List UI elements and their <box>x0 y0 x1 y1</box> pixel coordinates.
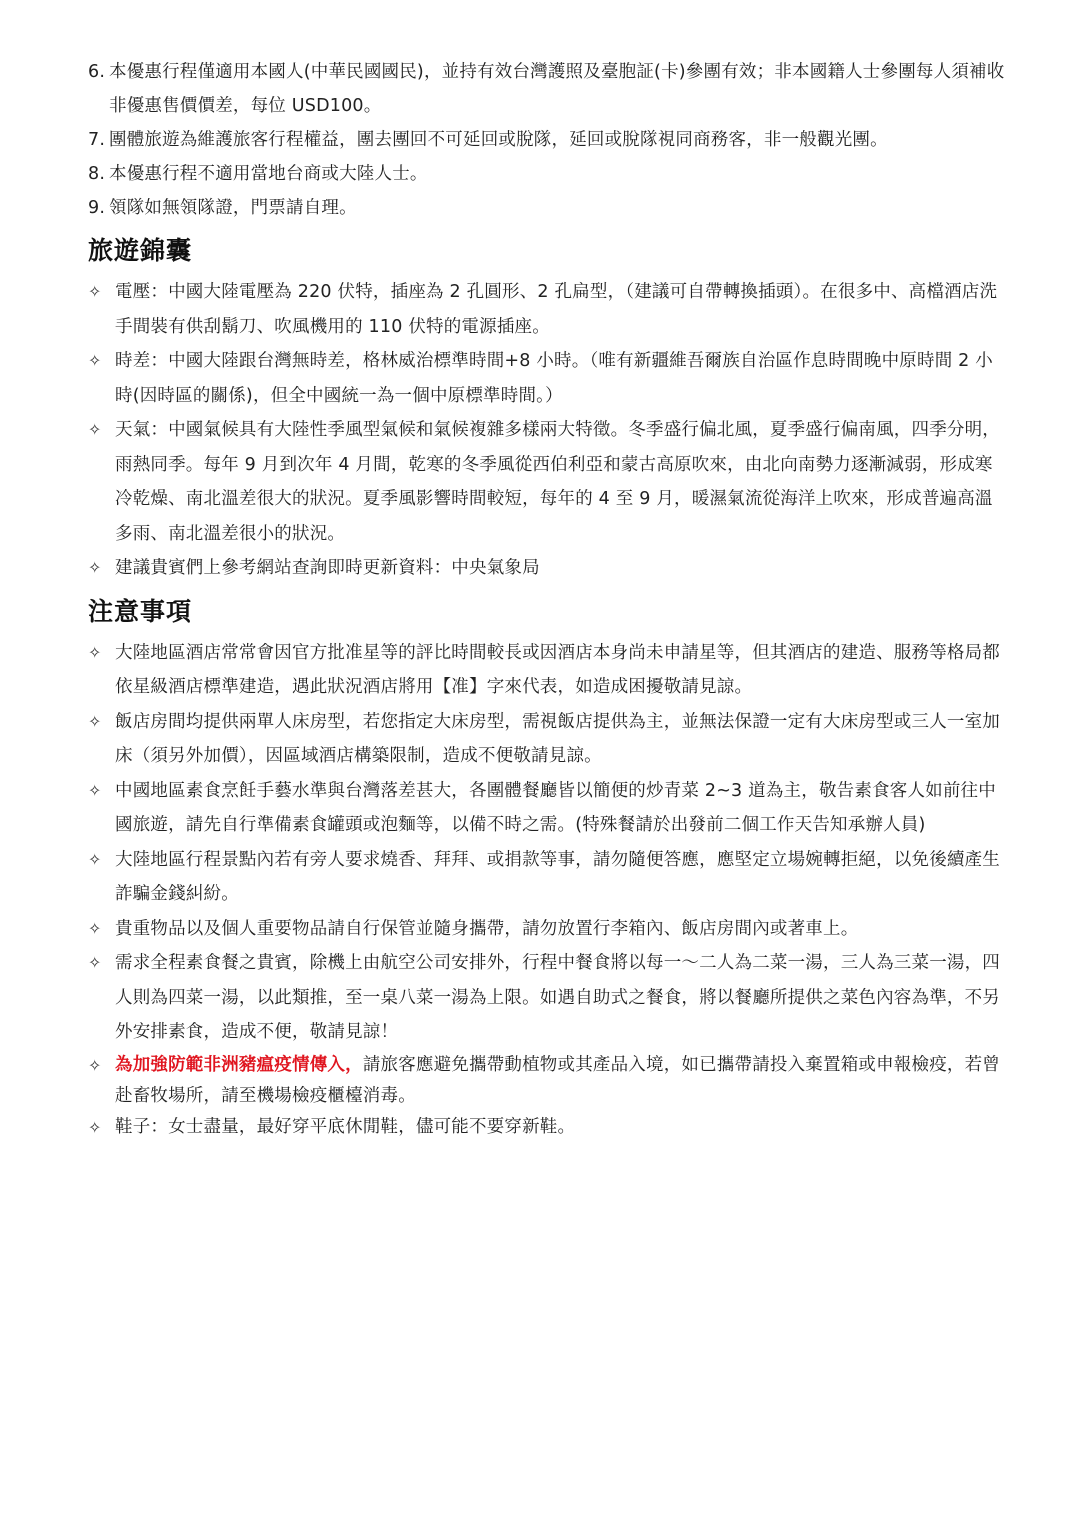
item-text: 需求全程素食餐之貴賓，除機上由航空公司安排外，行程中餐食將以每一～二人為二菜一湯… <box>115 953 1000 1042</box>
list-item: ✧ 中國地區素食烹飪手藝水準與台灣落差甚大，各團體餐廳皆以簡便的炒青菜 2~3 … <box>88 774 1008 843</box>
numbered-item-8: 8. 本優惠行程不適用當地台商或大陸人士。 <box>88 157 1008 191</box>
item-text: 本優惠行程不適用當地台商或大陸人士。 <box>109 164 428 184</box>
highlight-warning-text: 為加強防範非洲豬瘟疫情傳入， <box>115 1055 363 1075</box>
item-text: 建議貴賓們上參考網站查詢即時更新資料：中央氣象局 <box>115 558 540 578</box>
sparkle-bullet-icon: ✧ <box>88 636 102 671</box>
item-text: 本優惠行程僅適用本國人(中華民國國民)，並持有效台灣護照及臺胞証(卡)參團有效；… <box>109 62 1004 116</box>
item-text: 鞋子：女士盡量，最好穿平底休閒鞋，儘可能不要穿新鞋。 <box>115 1117 575 1137</box>
list-item: ✧ 飯店房間均提供兩單人床房型，若您指定大床房型，需視飯店提供為主，並無法保證一… <box>88 705 1008 774</box>
item-text: 團體旅遊為維護旅客行程權益，團去團回不可延回或脫隊，延回或脫隊視同商務客，非一般… <box>109 130 888 150</box>
numbered-item-6: 6. 本優惠行程僅適用本國人(中華民國國民)，並持有效台灣護照及臺胞証(卡)參團… <box>88 55 1008 123</box>
list-item: ✧ 建議貴賓們上參考網站查詢即時更新資料：中央氣象局 <box>88 551 1008 586</box>
document-page: 6. 本優惠行程僅適用本國人(中華民國國民)，並持有效台灣護照及臺胞証(卡)參團… <box>88 55 1008 1143</box>
list-item: ✧ 天氣：中國氣候具有大陸性季風型氣候和氣候複雜多樣兩大特徵。冬季盛行偏北風，夏… <box>88 413 1008 551</box>
sparkle-bullet-icon: ✧ <box>88 413 102 448</box>
section-title-notices: 注意事項 <box>88 592 1008 632</box>
sparkle-bullet-icon: ✧ <box>88 912 102 947</box>
item-text: 大陸地區行程景點內若有旁人要求燒香、拜拜、或捐款等事，請勿隨便答應，應堅定立場婉… <box>115 850 1000 905</box>
list-item: ✧ 大陸地區酒店常常會因官方批准星等的評比時間較長或因酒店本身尚未申請星等，但其… <box>88 636 1008 705</box>
list-item: ✧ 需求全程素食餐之貴賓，除機上由航空公司安排外，行程中餐食將以每一～二人為二菜… <box>88 946 1008 1050</box>
numbered-item-9: 9. 領隊如無領隊證，門票請自理。 <box>88 191 1008 225</box>
item-text: 領隊如無領隊證，門票請自理。 <box>109 198 357 218</box>
item-number: 7. <box>88 123 105 157</box>
item-text: 時差：中國大陸跟台灣無時差，格林威治標準時間+8 小時。（唯有新疆維吾爾族自治區… <box>115 351 993 406</box>
list-item: ✧ 為加強防範非洲豬瘟疫情傳入，請旅客應避免攜帶動植物或其產品入境，如已攜帶請投… <box>88 1050 1008 1112</box>
sparkle-bullet-icon: ✧ <box>88 344 102 379</box>
sparkle-bullet-icon: ✧ <box>88 946 102 981</box>
list-item: ✧ 大陸地區行程景點內若有旁人要求燒香、拜拜、或捐款等事，請勿隨便答應，應堅定立… <box>88 843 1008 912</box>
sparkle-bullet-icon: ✧ <box>88 551 102 586</box>
sparkle-bullet-icon: ✧ <box>88 1112 102 1143</box>
list-item: ✧ 鞋子：女士盡量，最好穿平底休閒鞋，儘可能不要穿新鞋。 <box>88 1112 1008 1143</box>
item-number: 8. <box>88 157 105 191</box>
numbered-item-7: 7. 團體旅遊為維護旅客行程權益，團去團回不可延回或脫隊，延回或脫隊視同商務客，… <box>88 123 1008 157</box>
item-text: 大陸地區酒店常常會因官方批准星等的評比時間較長或因酒店本身尚未申請星等，但其酒店… <box>115 643 1000 698</box>
item-number: 6. <box>88 55 105 89</box>
section-title-travel-tips: 旅遊錦囊 <box>88 231 1008 271</box>
sparkle-bullet-icon: ✧ <box>88 774 102 809</box>
item-text: 中國地區素食烹飪手藝水準與台灣落差甚大，各團體餐廳皆以簡便的炒青菜 2~3 道為… <box>115 781 996 836</box>
list-item: ✧ 時差：中國大陸跟台灣無時差，格林威治標準時間+8 小時。（唯有新疆維吾爾族自… <box>88 344 1008 413</box>
item-number: 9. <box>88 191 105 225</box>
item-text: 貴重物品以及個人重要物品請自行保管並隨身攜帶，請勿放置行李箱內、飯店房間內或著車… <box>115 919 858 939</box>
sparkle-bullet-icon: ✧ <box>88 843 102 878</box>
sparkle-bullet-icon: ✧ <box>88 1050 102 1081</box>
list-item: ✧ 貴重物品以及個人重要物品請自行保管並隨身攜帶，請勿放置行李箱內、飯店房間內或… <box>88 912 1008 947</box>
item-text: 電壓：中國大陸電壓為 220 伏特，插座為 2 孔圓形、2 孔扁型，（建議可自帶… <box>115 282 997 337</box>
list-item: ✧ 電壓：中國大陸電壓為 220 伏特，插座為 2 孔圓形、2 孔扁型，（建議可… <box>88 275 1008 344</box>
item-text: 天氣：中國氣候具有大陸性季風型氣候和氣候複雜多樣兩大特徵。冬季盛行偏北風，夏季盛… <box>115 420 1000 544</box>
sparkle-bullet-icon: ✧ <box>88 705 102 740</box>
item-text: 飯店房間均提供兩單人床房型，若您指定大床房型，需視飯店提供為主，並無法保證一定有… <box>115 712 1000 767</box>
sparkle-bullet-icon: ✧ <box>88 275 102 310</box>
